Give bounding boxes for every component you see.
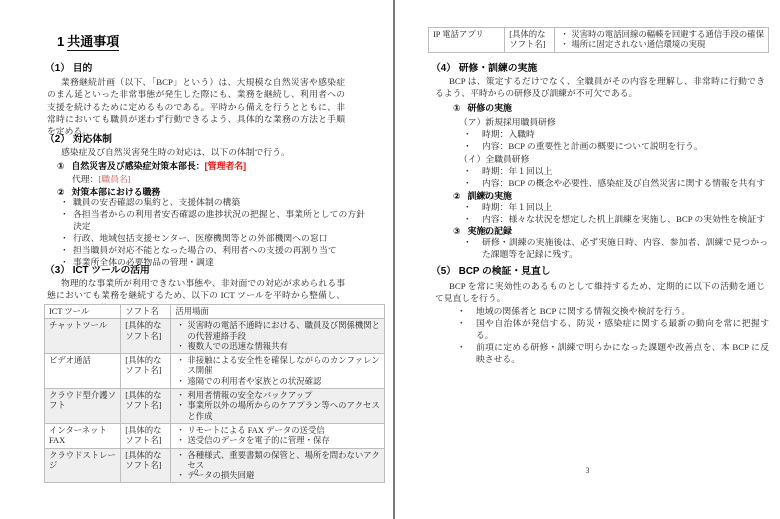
list-text: 時期：年１回以上 [482, 202, 552, 212]
table-row: インターネット FAX [具体的なソフト名] ・リモートによる FAX データの… [45, 423, 385, 448]
bullet-icon: ・ [60, 233, 69, 245]
manager-name-placeholder: [管理者名] [205, 161, 246, 171]
software-placeholder-cell: [具体的なソフト名] [505, 28, 555, 53]
group-a-label: （ア）新規採用職員研修 [459, 115, 556, 128]
bullet-icon: ・ [176, 342, 184, 352]
page-number: 2 [0, 468, 393, 477]
usage-text: 各種様式、重要書類の保管と、場所を問わないアクセス [187, 451, 379, 470]
bullet-icon: ・ [176, 451, 184, 461]
list-item: ・時期：年１回以上 [463, 165, 765, 177]
usage-text: 複数人での迅速な情報共有 [187, 342, 288, 351]
usage-text: リモートによる FAX データの送受信 [187, 426, 324, 435]
usage-cell: ・各種様式、重要書類の保管と、場所を問わないアクセス ・データの損失回避 [171, 448, 385, 483]
hq-chief-label: 自然災害及び感染症対策本部長： [72, 161, 205, 171]
usage-cell: ・災害時の電話不通時における、職員及び関係機関との代替連絡手段 ・複数人での迅速… [171, 319, 385, 354]
usage-text: 利用者情報の安全なバックアップ [187, 391, 312, 400]
deputy-line: 代理：[職員名] [72, 172, 131, 185]
table-row: IP 電話アプリ [具体的なソフト名] ・災害時の電話回線の輻輳を回避する通信手… [429, 28, 769, 53]
usage-text: 非接触による安全性を確保しながらのカンファレンス開催 [187, 356, 379, 375]
list-text: 内容：BCP の概念や必要性、感染症及び自然災害に関する情報を共有する。 [482, 178, 765, 200]
table-row: チャットツール [具体的なソフト名] ・災害時の電話不通時における、職員及び関係… [45, 319, 385, 354]
bullet-icon: ・ [560, 30, 568, 40]
training-item-1: ①研修の実施 [453, 101, 512, 114]
usage-cell: ・リモートによる FAX データの送受信 ・送受信のデータを電子的に管理・保存 [171, 423, 385, 448]
usage-item: ・遠隔での利用者や家族との状況確認 [175, 377, 380, 387]
bullet-icon: ・ [457, 341, 466, 353]
section-5-heading: （5） BCP の検証・見直し [431, 263, 551, 277]
bullet-icon: ・ [176, 356, 184, 366]
software-placeholder-cell: [具体的なソフト名] [121, 423, 171, 448]
usage-cell: ・非接触による安全性を確保しながらのカンファレンス開催 ・遠隔での利用者や家族と… [171, 354, 385, 389]
usage-text: 場所に固定されない通信環境の実現 [571, 40, 705, 49]
doc-title-number: 1 [57, 34, 64, 49]
section-4-heading: （4） 研修・訓練の実施 [431, 60, 537, 74]
doc-title: 1共通事項 [57, 31, 119, 50]
bullet-icon: ・ [176, 401, 184, 411]
circled-2: ② [57, 187, 65, 197]
section-5-body: BCP を常に実効性のあるものとして維持するため、定期的に以下の活動を通じて見直… [435, 280, 765, 305]
bullet-icon: ・ [60, 209, 69, 221]
duty-text: 行政、地域包括支援センター、医療機関等との外部機関への窓口 [73, 233, 327, 243]
list-text: 前項に定める研修・訓練で明らかになった課題や改善点を、本 BCP に反映させる。 [476, 342, 769, 364]
usage-item: ・場所に固定されない通信環境の実現 [559, 40, 764, 50]
training-item-2-label: 訓練の実施 [468, 191, 512, 201]
usage-item: ・送受信のデータを電子的に管理・保存 [175, 436, 380, 446]
bullet-icon: ・ [176, 426, 184, 436]
usage-text: 送受信のデータを電子的に管理・保存 [187, 436, 329, 445]
col-header-usage: 活用場面 [171, 305, 385, 319]
page-3: IP 電話アプリ [具体的なソフト名] ・災害時の電話回線の輻輳を回避する通信手… [395, 0, 780, 519]
duty-text: 各担当者からの利用者安否確認の進捗状況の把握と、事業所としての方針決定 [73, 209, 365, 231]
tool-cell: ビデオ通話 [45, 354, 121, 389]
software-placeholder-cell: [具体的なソフト名] [121, 389, 171, 424]
section-2-intro: 感染症及び自然災害発生時の対応は、以下の体制で行う。 [47, 146, 345, 158]
bullet-icon: ・ [457, 305, 466, 317]
ict-tools-table: ICT ツール ソフト名 活用場面 チャットツール [具体的なソフト名] ・災害… [44, 304, 385, 483]
section-4-body: BCP は、策定するだけでなく、全職員がその内容を理解し、非常時に行動できるよう… [435, 75, 765, 100]
usage-item: ・事業所以外の場所からのケアプラン等へのアクセスと作成 [175, 401, 380, 422]
record-item-3-label: 実施の記録 [468, 226, 512, 236]
software-placeholder-cell: [具体的なソフト名] [121, 319, 171, 354]
usage-item: ・非接触による安全性を確保しながらのカンファレンス開催 [175, 356, 380, 377]
bullet-icon: ・ [463, 236, 472, 248]
circled-2: ② [453, 191, 461, 201]
group-b-label: （イ）全職員研修 [459, 152, 529, 165]
table-row: クラウド型介護ソフト [具体的なソフト名] ・利用者情報の安全なバックアップ ・… [45, 389, 385, 424]
usage-item: ・利用者情報の安全なバックアップ [175, 391, 380, 401]
list-item: ・職員の安否確認の集約と、支援体制の構築 [60, 197, 365, 209]
list-text: 国や自治体が発信する、防災・感染症に関する最新の動向を常に把握する。 [476, 318, 769, 340]
table-row: ビデオ通話 [具体的なソフト名] ・非接触による安全性を確保しながらのカンファレ… [45, 354, 385, 389]
list-text: 研修・訓練の実施後は、必ず実施日時、内容、参加者、訓練で見つかった課題等を記録に… [482, 237, 768, 259]
list-item: ・各担当者からの利用者安否確認の進捗状況の把握と、事業所としての方針決定 [60, 209, 365, 233]
section-2-heading: （2） 対応体制 [45, 131, 112, 145]
bullet-icon: ・ [463, 128, 472, 140]
section-3-heading: （3） ICT ツールの活用 [45, 262, 150, 276]
usage-cell: ・災害時の電話回線の輻輳を回避する通信手段の確保 ・場所に固定されない通信環境の… [555, 28, 769, 53]
circled-1: ① [57, 161, 65, 171]
review-list: ・地域の関係者と BCP に関する情報交換や検討を行う。 ・国や自治体が発信する… [457, 305, 769, 365]
tool-cell: チャットツール [45, 319, 121, 354]
usage-item: ・リモートによる FAX データの送受信 [175, 426, 380, 436]
list-text: 時期：入職時 [482, 129, 535, 139]
bullet-icon: ・ [176, 321, 184, 331]
page-number: 3 [395, 466, 780, 475]
list-text: 時期：年１回以上 [482, 166, 552, 176]
list-item: ・国や自治体が発信する、防災・感染症に関する最新の動向を常に把握する。 [457, 317, 769, 341]
usage-cell: ・利用者情報の安全なバックアップ ・事業所以外の場所からのケアプラン等へのアクセ… [171, 389, 385, 424]
bullet-icon: ・ [463, 177, 472, 189]
section-1-heading: （1） 目的 [45, 60, 92, 74]
bullet-icon: ・ [60, 245, 69, 257]
record-list: ・研修・訓練の実施後は、必ず実施日時、内容、参加者、訓練で見つかった課題等を記録… [463, 236, 768, 260]
list-item: ・行政、地域包括支援センター、医療機関等との外部機関への窓口 [60, 233, 365, 245]
usage-item: ・複数人での迅速な情報共有 [175, 342, 380, 352]
bullet-icon: ・ [457, 317, 466, 329]
table-row: クラウドストレージ [具体的なソフト名] ・各種様式、重要書類の保管と、場所を問… [45, 448, 385, 483]
usage-text: 遠隔での利用者や家族との状況確認 [187, 377, 321, 386]
usage-item: ・災害時の電話不通時における、職員及び関係機関との代替連絡手段 [175, 321, 380, 342]
bullet-icon: ・ [560, 40, 568, 50]
section-1-body: 業務継続計画（以下、「BCP」という）は、大規模な自然災害や感染症のまん延といっ… [47, 76, 345, 137]
bullet-icon: ・ [463, 140, 472, 152]
list-item: ・前項に定める研修・訓練で明らかになった課題や改善点を、本 BCP に反映させる… [457, 341, 769, 365]
circled-3: ③ [453, 226, 461, 236]
list-text: 地域の関係者と BCP に関する情報交換や検討を行う。 [476, 306, 690, 316]
list-item: ・時期：年１回以上 [463, 201, 765, 213]
col-header-software: ソフト名 [121, 305, 171, 319]
list-item: ・内容：BCP の重要性と計画の概要について説明を行う。 [463, 140, 763, 152]
tool-cell: クラウドストレージ [45, 448, 121, 483]
duty-text: 職員の安否確認の集約と、支援体制の構築 [73, 197, 240, 207]
list-item: ・時期：入職時 [463, 128, 763, 140]
bullet-icon: ・ [463, 201, 472, 213]
tool-cell: クラウド型介護ソフト [45, 389, 121, 424]
duties-list: ・職員の安否確認の集約と、支援体制の構築 ・各担当者からの利用者安否確認の進捗状… [60, 197, 365, 268]
col-header-tool: ICT ツール [45, 305, 121, 319]
hq-duties-label: 対策本部における職務 [72, 187, 161, 197]
software-placeholder-cell: [具体的なソフト名] [121, 354, 171, 389]
usage-text: 災害時の電話回線の輻輳を回避する通信手段の確保 [571, 30, 764, 39]
list-text: 内容：様々な状況を想定した机上訓練を実施し、BCP の実効性を検証する。 [482, 214, 765, 236]
bullet-icon: ・ [176, 377, 184, 387]
circled-1: ① [453, 103, 461, 113]
ict-tools-table-continued: IP 電話アプリ [具体的なソフト名] ・災害時の電話回線の輻輳を回避する通信手… [428, 27, 769, 53]
bullet-icon: ・ [176, 436, 184, 446]
bullet-icon: ・ [176, 391, 184, 401]
software-placeholder-cell: [具体的なソフト名] [121, 448, 171, 483]
group-a-list: ・時期：入職時 ・内容：BCP の重要性と計画の概要について説明を行う。 [463, 128, 763, 152]
usage-item: ・災害時の電話回線の輻輳を回避する通信手段の確保 [559, 30, 764, 40]
bullet-icon: ・ [60, 197, 69, 209]
list-item: ・担当職員が対応不能となった場合の、利用者への支援の再割り当て [60, 245, 365, 257]
tool-cell: IP 電話アプリ [429, 28, 505, 53]
hq-chief-item: ①自然災害及び感染症対策本部長：[管理者名] [57, 159, 246, 172]
bullet-icon: ・ [463, 165, 472, 177]
doc-title-text: 共通事項 [67, 34, 119, 51]
staff-name-placeholder: [職員名] [98, 174, 130, 184]
deputy-label: 代理： [72, 174, 98, 184]
list-item: ・研修・訓練の実施後は、必ず実施日時、内容、参加者、訓練で見つかった課題等を記録… [463, 236, 768, 260]
usage-text: 災害時の電話不通時における、職員及び関係機関との代替連絡手段 [187, 321, 380, 340]
page-2: 1共通事項 （1） 目的 業務継続計画（以下、「BCP」という）は、大規模な自然… [0, 0, 393, 519]
duty-text: 担当職員が対応不能となった場合の、利用者への支援の再割り当て [73, 245, 337, 255]
list-item: ・地域の関係者と BCP に関する情報交換や検討を行う。 [457, 305, 769, 317]
tool-cell: インターネット FAX [45, 423, 121, 448]
usage-text: 事業所以外の場所からのケアプラン等へのアクセスと作成 [187, 401, 379, 420]
list-text: 内容：BCP の重要性と計画の概要について説明を行う。 [482, 141, 703, 151]
table-header-row: ICT ツール ソフト名 活用場面 [45, 305, 385, 319]
training-item-1-label: 研修の実施 [468, 103, 512, 113]
